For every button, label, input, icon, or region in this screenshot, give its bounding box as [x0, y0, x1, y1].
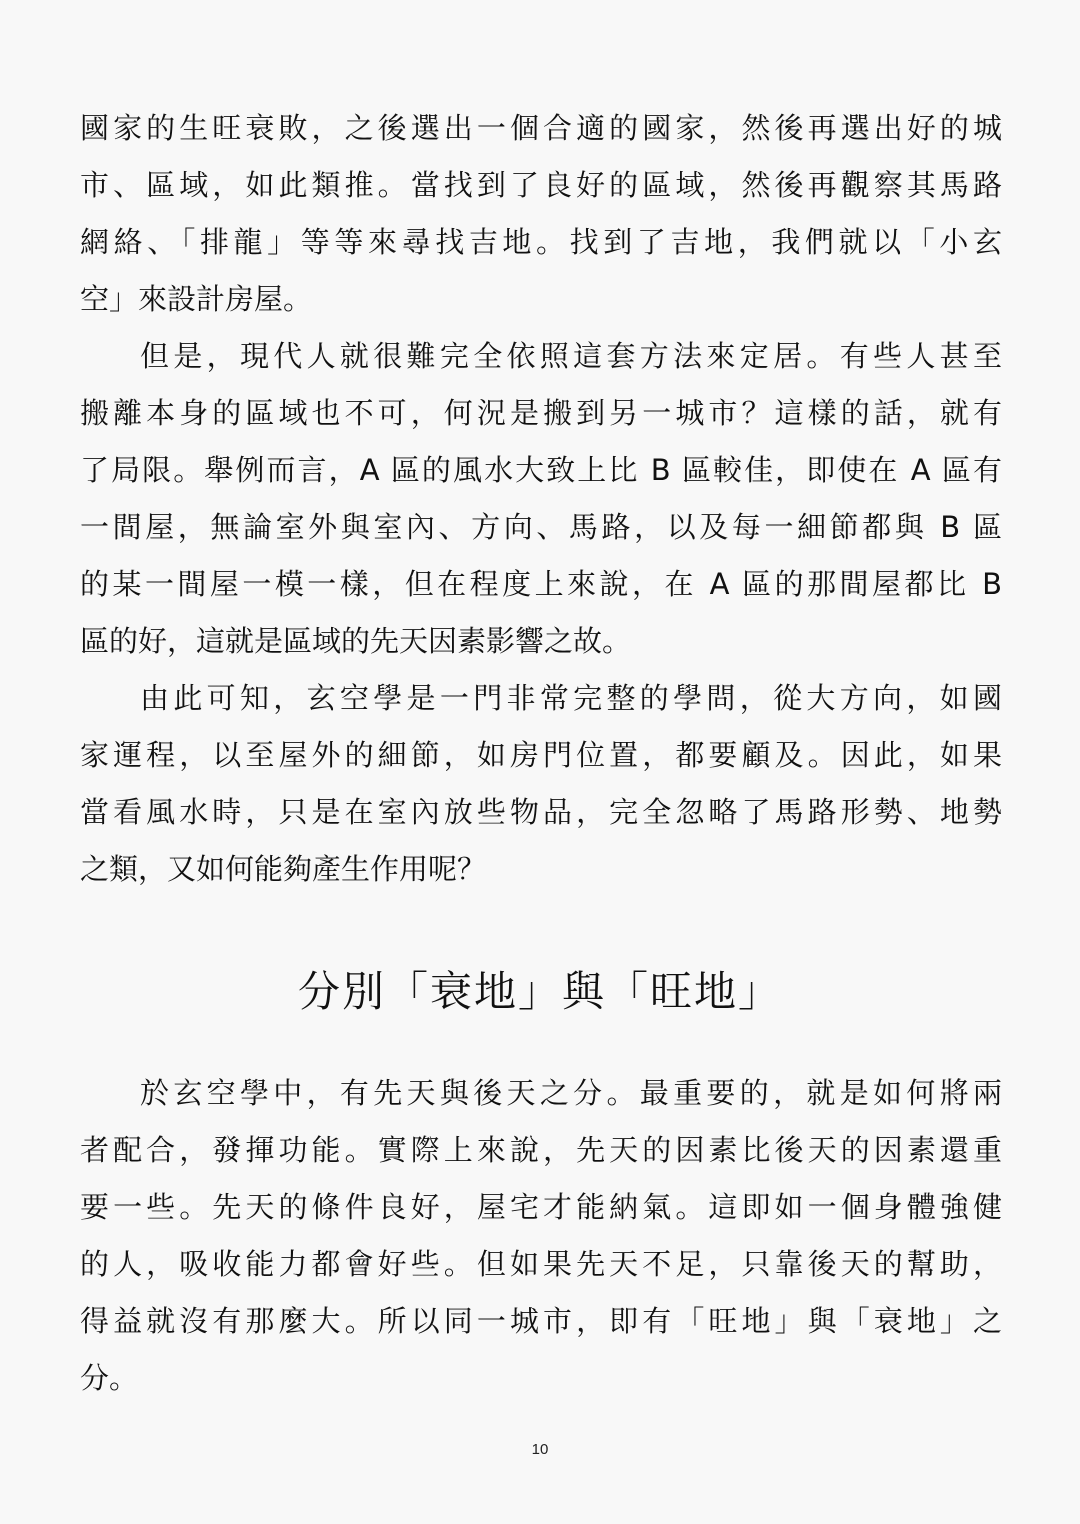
document-page: 國家的生旺衰敗，之後選出一個合適的國家，然後再選出好的城 市、區域，如此類推。當… — [0, 0, 1080, 1524]
section-heading: 分別「衰地」與「旺地」 — [0, 962, 1080, 1022]
paragraph-1-line-3: 網絡、「排龍」等等來尋找吉地。找到了吉地，我們就以「小玄 — [80, 222, 1002, 262]
paragraph-2-line-5: 的某一間屋一模一樣，但在程度上來說，在 A 區的那間屋都比 B — [80, 564, 1002, 604]
paragraph-3-line-4: 之類，又如何能夠產生作用呢？ — [80, 849, 1002, 889]
page-number: 10 — [0, 1440, 1080, 1460]
paragraph-1-line-2: 市、區域，如此類推。當找到了良好的區域，然後再觀察其馬路 — [80, 165, 1002, 205]
section-paragraph-line-6: 分。 — [80, 1358, 1002, 1398]
section-paragraph-line-1: 於玄空學中，有先天與後天之分。最重要的，就是如何將兩 — [140, 1073, 1002, 1113]
section-paragraph-line-2: 者配合，發揮功能。實際上來說，先天的因素比後天的因素還重 — [80, 1130, 1002, 1170]
section-paragraph-line-4: 的人，吸收能力都會好些。但如果先天不足，只靠後天的幫助， — [80, 1244, 1002, 1284]
paragraph-3-line-1: 由此可知，玄空學是一門非常完整的學問，從大方向，如國 — [140, 678, 1002, 718]
paragraph-3-line-3: 當看風水時，只是在室內放些物品，完全忽略了馬路形勢、地勢 — [80, 792, 1002, 832]
paragraph-2-line-2: 搬離本身的區域也不可，何況是搬到另一城市？這樣的話，就有 — [80, 393, 1002, 433]
section-paragraph-line-3: 要一些。先天的條件良好，屋宅才能納氣。這即如一個身體強健 — [80, 1187, 1002, 1227]
paragraph-2-line-1: 但是，現代人就很難完全依照這套方法來定居。有些人甚至 — [140, 336, 1002, 376]
section-paragraph-line-5: 得益就沒有那麼大。所以同一城市，即有「旺地」與「衰地」之 — [80, 1301, 1002, 1341]
paragraph-1-line-4: 空」來設計房屋。 — [80, 279, 1002, 319]
paragraph-3-line-2: 家運程，以至屋外的細節，如房門位置，都要顧及。因此，如果 — [80, 735, 1002, 775]
paragraph-2-line-4: 一間屋，無論室外與室內、方向、馬路，以及每一細節都與 B 區 — [80, 507, 1002, 547]
paragraph-2-line-6: 區的好，這就是區域的先天因素影響之故。 — [80, 621, 1002, 661]
paragraph-1-line-1: 國家的生旺衰敗，之後選出一個合適的國家，然後再選出好的城 — [80, 108, 1002, 148]
paragraph-2-line-3: 了局限。舉例而言，A 區的風水大致上比 B 區較佳，即使在 A 區有 — [80, 450, 1002, 490]
